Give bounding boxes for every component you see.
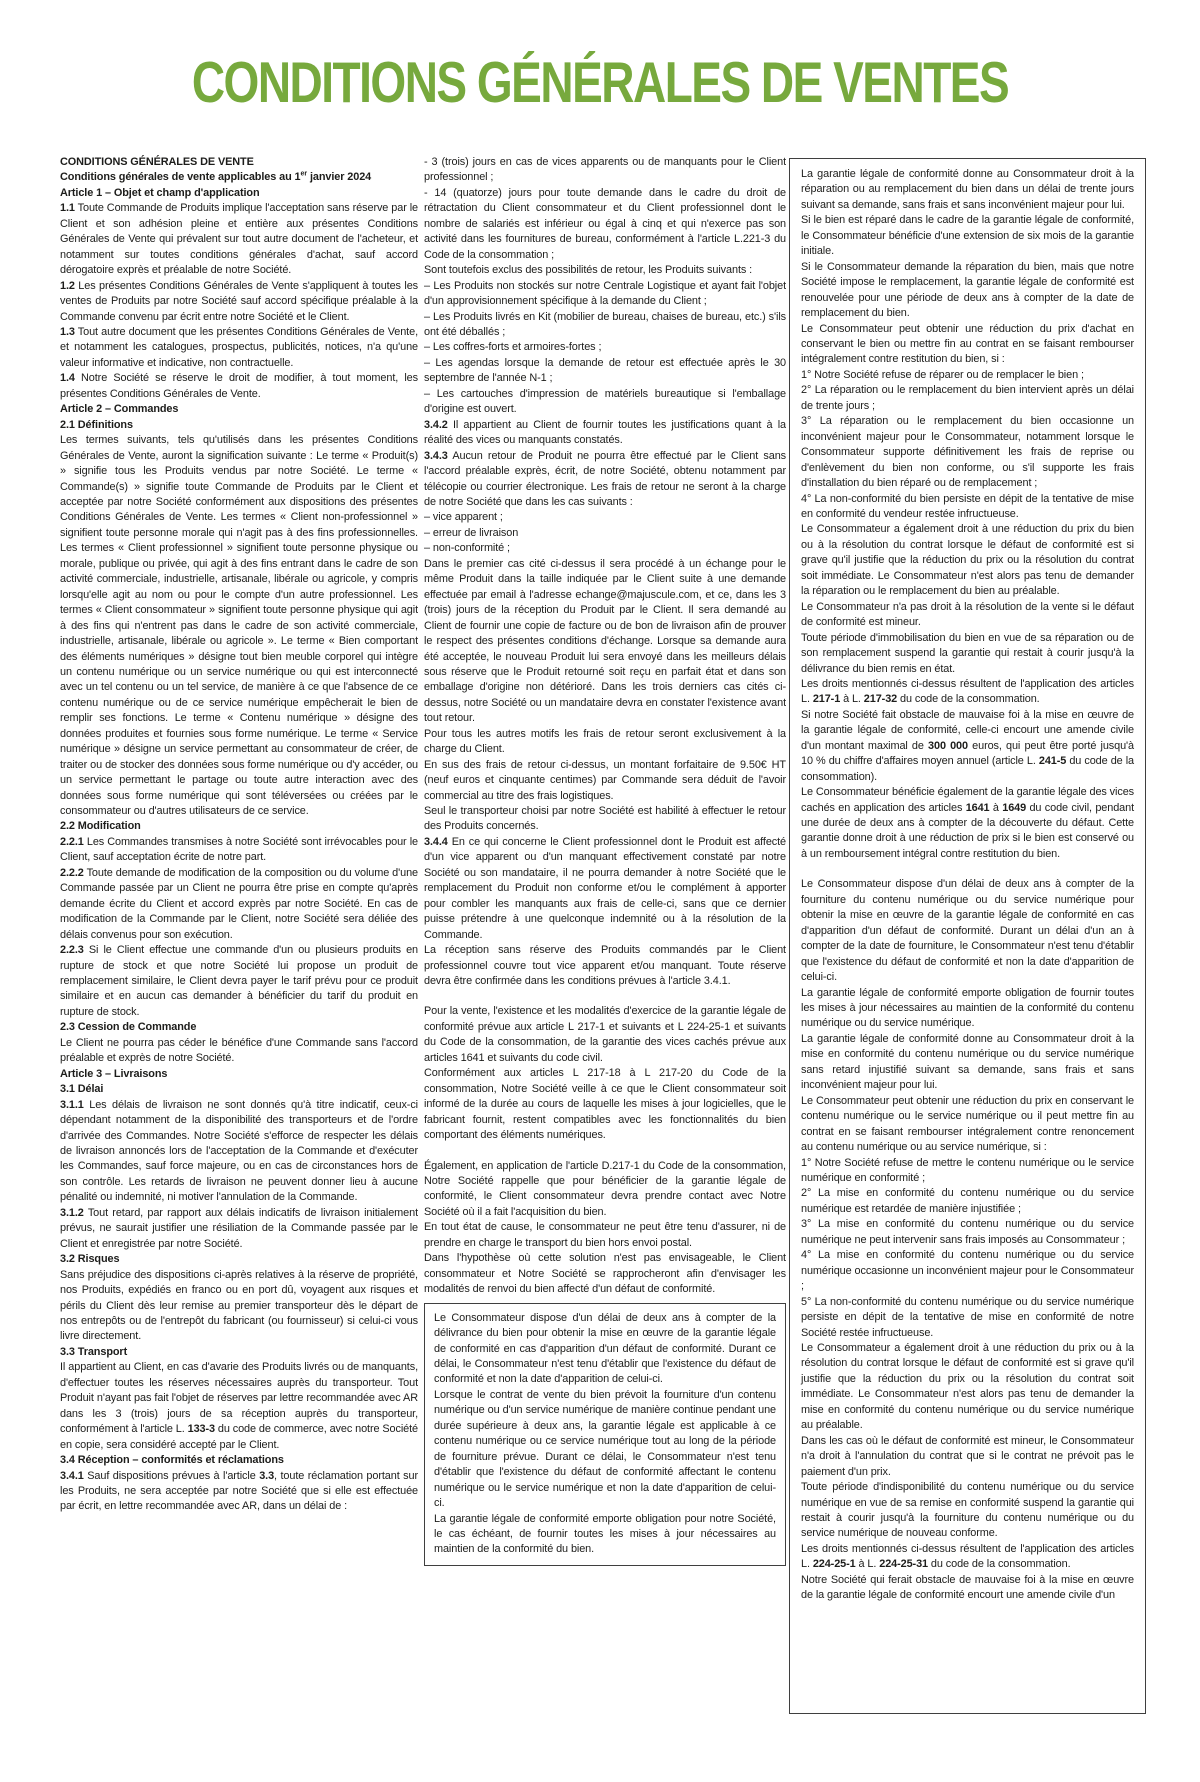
document-page: { "title": "CONDITIONS GÉNÉRALES DE VENT…: [0, 0, 1200, 1782]
text-segment: 1.1: [60, 202, 75, 214]
text-segment: Notre Société se réserve le droit de mod…: [60, 372, 418, 399]
text-segment: 300 000: [928, 740, 968, 752]
paragraph: Lorsque le contrat de vente du bien prév…: [434, 1388, 776, 1512]
paragraph: Sont toutefois exclus des possibilités d…: [424, 263, 786, 278]
text-segment: Les délais de livraison ne sont donnés q…: [60, 1099, 418, 1204]
paragraph: – Les Produits non stockés sur notre Cen…: [424, 279, 786, 310]
text-segment: 1649: [1002, 802, 1026, 814]
text-segment: Également, en application de l'article D…: [424, 1160, 786, 1218]
paragraph: 3° La réparation ou le remplacement du b…: [801, 414, 1134, 491]
paragraph: 3° La mise en conformité du contenu numé…: [801, 1217, 1134, 1248]
text-segment: 3.3: [259, 1470, 274, 1482]
text-segment: 133-3: [188, 1423, 215, 1435]
text-segment: Les Commandes transmises à notre Société…: [60, 836, 418, 863]
text-segment: La réception sans réserve des Produits c…: [424, 944, 786, 987]
paragraph: 2.2.1 Les Commandes transmises à notre S…: [60, 835, 418, 866]
text-segment: 224-25-31: [879, 1558, 928, 1570]
text-segment: à: [990, 802, 1003, 814]
text-segment: 2.2.1: [60, 836, 84, 848]
text-segment: 4° La non-conformité du bien persiste en…: [801, 493, 1134, 520]
paragraph: 5° La non-conformité du contenu numériqu…: [801, 1295, 1134, 1341]
text-segment: Conditions générales de vente applicable…: [60, 171, 301, 183]
paragraph: Le Consommateur a également droit à une …: [801, 1341, 1134, 1434]
text-segment: Si le Client effectue une commande d'un …: [60, 944, 418, 1018]
paragraph: 3.4.2 Il appartient au Client de fournir…: [424, 418, 786, 449]
text-segment: 3.4.4: [424, 836, 448, 848]
text-segment: 2.2.3: [60, 944, 84, 956]
paragraph: Les droits mentionnés ci-dessus résulten…: [801, 677, 1134, 708]
paragraph: 4° La mise en conformité du contenu numé…: [801, 1248, 1134, 1294]
heading: 2.1 Définitions: [60, 418, 418, 433]
paragraph: Le Consommateur peut obtenir une réducti…: [801, 1094, 1134, 1156]
paragraph: 4° La non-conformité du bien persiste en…: [801, 492, 1134, 523]
paragraph: - 14 (quatorze) jours pour toute demande…: [424, 186, 786, 263]
text-segment: 2.2.2: [60, 867, 84, 879]
text-segment: 3.4.3: [424, 450, 448, 462]
text-segment: 241-5: [1039, 755, 1066, 767]
paragraph: – Les agendas lorsque la demande de reto…: [424, 356, 786, 387]
text-segment: 1.3: [60, 326, 75, 338]
text-segment: Le Consommateur n'a pas droit à la résol…: [801, 601, 1134, 628]
heading: 2.3 Cession de Commande: [60, 1020, 418, 1035]
text-segment: – non-conformité ;: [424, 542, 510, 554]
text-segment: Toute période d'immobilisation du bien e…: [801, 632, 1134, 675]
text-segment: 1° Notre Société refuse de mettre le con…: [801, 1157, 1134, 1184]
text-segment: Le Consommateur a également droit à une …: [801, 523, 1134, 597]
paragraph: Les termes suivants, tels qu'utilisés da…: [60, 433, 418, 819]
paragraph: Il appartient au Client, en cas d'avarie…: [60, 1360, 418, 1453]
paragraph: En tout état de cause, le consommateur n…: [424, 1220, 786, 1251]
text-segment: 217-1: [813, 693, 840, 705]
paragraph: 3.1.1 Les délais de livraison ne sont do…: [60, 1098, 418, 1206]
text-segment: 2.1 Définitions: [60, 419, 133, 431]
column-3-legal-box: La garantie légale de conformité donne a…: [789, 158, 1146, 1714]
paragraph: Si notre Société fait obstacle de mauvai…: [801, 708, 1134, 785]
text-segment: 224-25-1: [813, 1558, 856, 1570]
text-segment: - 14 (quatorze) jours pour toute demande…: [424, 187, 786, 261]
paragraph: Les droits mentionnés ci-dessus résulten…: [801, 1542, 1134, 1573]
paragraph: Dans le premier cas cité ci-dessus il se…: [424, 557, 786, 727]
paragraph: 3.4.4 En ce qui concerne le Client profe…: [424, 835, 786, 943]
paragraph: 1.1 Toute Commande de Produits implique …: [60, 201, 418, 278]
paragraph: – vice apparent ;: [424, 510, 786, 525]
paragraph: Notre Société qui ferait obstacle de mau…: [801, 1573, 1134, 1604]
text-segment: 5° La non-conformité du contenu numériqu…: [801, 1296, 1134, 1339]
text-segment: 2° La mise en conformité du contenu numé…: [801, 1187, 1134, 1214]
paragraph: 3.1.2 Tout retard, par rapport aux délai…: [60, 1206, 418, 1252]
heading: Article 1 – Objet et champ d'application: [60, 186, 418, 201]
paragraph: Toute période d'immobilisation du bien e…: [801, 631, 1134, 677]
text-segment: Toute demande de modification de la comp…: [60, 867, 418, 941]
text-segment: 3.4.2: [424, 419, 448, 431]
paragraph: Pour tous les autres motifs les frais de…: [424, 727, 786, 758]
text-segment: Article 2 – Commandes: [60, 403, 178, 415]
text-segment: du code de la consommation.: [897, 693, 1040, 705]
text-segment: Pour tous les autres motifs les frais de…: [424, 728, 786, 755]
paragraph: - 3 (trois) jours en cas de vices appare…: [424, 155, 786, 186]
text-segment: Seul le transporteur choisi par notre So…: [424, 805, 786, 832]
text-segment: 217-32: [864, 693, 897, 705]
text-segment: Toute Commande de Produits implique l'ac…: [60, 202, 418, 276]
paragraph: 1.4 Notre Société se réserve le droit de…: [60, 371, 418, 402]
paragraph: 3.4.1 Sauf dispositions prévues à l'arti…: [60, 1469, 418, 1515]
text-segment: Notre Société qui ferait obstacle de mau…: [801, 1574, 1134, 1601]
heading: 3.2 Risques: [60, 1252, 418, 1267]
paragraph: 1° Notre Société refuse de mettre le con…: [801, 1156, 1134, 1187]
heading: Conditions générales de vente applicable…: [60, 170, 418, 185]
paragraph: Le Client ne pourra pas céder le bénéfic…: [60, 1036, 418, 1067]
text-segment: Les termes suivants, tels qu'utilisés da…: [60, 434, 418, 817]
heading: CONDITIONS GÉNÉRALES DE VENTE: [60, 155, 418, 170]
paragraph: 1.2 Les présentes Conditions Générales d…: [60, 279, 418, 325]
heading: 2.2 Modification: [60, 819, 418, 834]
column-1: CONDITIONS GÉNÉRALES DE VENTEConditions …: [60, 155, 418, 1714]
heading: 3.3 Transport: [60, 1345, 418, 1360]
spacer: [424, 1144, 786, 1159]
text-segment: 2.2 Modification: [60, 820, 141, 832]
paragraph: – erreur de livraison: [424, 526, 786, 541]
text-segment: Dans l'hypothèse où cette solution n'est…: [424, 1252, 786, 1295]
text-segment: janvier 2024: [307, 171, 371, 183]
text-segment: Tout autre document que les présentes Co…: [60, 326, 418, 369]
text-segment: - 3 (trois) jours en cas de vices appare…: [424, 156, 786, 183]
text-segment: 3° La mise en conformité du contenu numé…: [801, 1218, 1134, 1245]
text-segment: à L.: [856, 1558, 880, 1570]
text-segment: – Les Produits livrés en Kit (mobilier d…: [424, 311, 786, 338]
heading: 3.4 Réception – conformités et réclamati…: [60, 1453, 418, 1468]
text-segment: Le Consommateur dispose d'un délai de de…: [434, 1312, 776, 1386]
text-segment: Sans préjudice des dispositions ci-après…: [60, 1269, 418, 1343]
text-segment: Lorsque le contrat de vente du bien prév…: [434, 1389, 776, 1509]
heading: 3.1 Délai: [60, 1082, 418, 1097]
text-segment: 1.2: [60, 280, 75, 292]
text-segment: Le Consommateur peut obtenir une réducti…: [801, 1095, 1134, 1153]
paragraph: La garantie légale de conformité emporte…: [434, 1512, 776, 1558]
text-segment: Aucun retour de Produit ne pourra être e…: [424, 450, 786, 508]
paragraph: Toute période d'indisponibilité du conte…: [801, 1480, 1134, 1542]
text-segment: En sus des frais de retour ci-dessus, un…: [424, 759, 786, 802]
paragraph: Dans l'hypothèse où cette solution n'est…: [424, 1251, 786, 1297]
spacer: [424, 989, 786, 1004]
spacer: [801, 862, 1134, 877]
paragraph: 2° La réparation ou le remplacement du b…: [801, 383, 1134, 414]
paragraph: 1.3 Tout autre document que les présente…: [60, 325, 418, 371]
text-segment: Si le bien est réparé dans le cadre de l…: [801, 214, 1134, 257]
paragraph: En sus des frais de retour ci-dessus, un…: [424, 758, 786, 804]
text-segment: à L.: [840, 693, 864, 705]
paragraph: – Les Produits livrés en Kit (mobilier d…: [424, 310, 786, 341]
paragraph: Le Consommateur peut obtenir une réducti…: [801, 322, 1134, 368]
text-segment: 3.1.2: [60, 1207, 84, 1219]
paragraph: – Les coffres-forts et armoires-fortes ;: [424, 340, 786, 355]
text-segment: Sont toutefois exclus des possibilités d…: [424, 264, 752, 276]
text-segment: La garantie légale de conformité emporte…: [434, 1513, 776, 1556]
text-segment: 3.1 Délai: [60, 1083, 103, 1095]
text-segment: Dans le premier cas cité ci-dessus il se…: [424, 558, 786, 725]
paragraph: La réception sans réserve des Produits c…: [424, 943, 786, 989]
text-segment: – vice apparent ;: [424, 511, 503, 523]
text-segment: 3.3 Transport: [60, 1346, 127, 1358]
text-segment: Sauf dispositions prévues à l'article: [84, 1470, 259, 1482]
text-segment: CONDITIONS GÉNÉRALES DE VENTE: [60, 156, 254, 168]
text-segment: Le Client ne pourra pas céder le bénéfic…: [60, 1037, 418, 1064]
text-segment: 2.3 Cession de Commande: [60, 1021, 196, 1033]
text-segment: Conformément aux articles L 217-18 à L 2…: [424, 1067, 786, 1141]
paragraph: Le Consommateur a également droit à une …: [801, 522, 1134, 599]
text-segment: La garantie légale de conformité donne a…: [801, 1033, 1134, 1091]
text-segment: Pour la vente, l'existence et les modali…: [424, 1005, 786, 1063]
text-segment: Si le Consommateur demande la réparation…: [801, 261, 1134, 319]
paragraph: – Les cartouches d'impression de matérie…: [424, 387, 786, 418]
paragraph: Pour la vente, l'existence et les modali…: [424, 1004, 786, 1066]
text-segment: 1° Notre Société refuse de réparer ou de…: [801, 369, 1084, 381]
text-segment: Les présentes Conditions Générales de Ve…: [60, 280, 418, 323]
paragraph: Sans préjudice des dispositions ci-après…: [60, 1268, 418, 1345]
paragraph: 2.2.3 Si le Client effectue une commande…: [60, 943, 418, 1020]
text-segment: Tout retard, par rapport aux délais indi…: [60, 1207, 418, 1250]
text-segment: Le Consommateur dispose d'un délai de de…: [801, 878, 1134, 983]
legal-note-box: Le Consommateur dispose d'un délai de de…: [424, 1303, 786, 1566]
paragraph: Le Consommateur bénéficie également de l…: [801, 785, 1134, 862]
text-segment: Le Consommateur peut obtenir une réducti…: [801, 323, 1134, 366]
paragraph: Dans les cas où le défaut de conformité …: [801, 1434, 1134, 1480]
paragraph: La garantie légale de conformité donne a…: [801, 1032, 1134, 1094]
text-segment: En ce qui concerne le Client professionn…: [424, 836, 786, 941]
page-title: CONDITIONS GÉNÉRALES DE VENTES: [0, 48, 1200, 116]
paragraph: La garantie légale de conformité emporte…: [801, 986, 1134, 1032]
text-segment: 3.2 Risques: [60, 1253, 119, 1265]
text-segment: 1.4: [60, 372, 75, 384]
paragraph: 3.4.3 Aucun retour de Produit ne pourra …: [424, 449, 786, 511]
paragraph: Conformément aux articles L 217-18 à L 2…: [424, 1066, 786, 1143]
paragraph: 2.2.2 Toute demande de modification de l…: [60, 866, 418, 943]
paragraph: Le Consommateur dispose d'un délai de de…: [434, 1311, 776, 1388]
text-segment: 3.4.1: [60, 1470, 84, 1482]
text-segment: – Les coffres-forts et armoires-fortes ;: [424, 341, 601, 353]
paragraph: 1° Notre Société refuse de réparer ou de…: [801, 368, 1134, 383]
text-segment: Toute période d'indisponibilité du conte…: [801, 1481, 1134, 1539]
paragraph: Seul le transporteur choisi par notre So…: [424, 804, 786, 835]
text-segment: 4° La mise en conformité du contenu numé…: [801, 1249, 1134, 1292]
heading: Article 3 – Livraisons: [60, 1067, 418, 1082]
text-segment: En tout état de cause, le consommateur n…: [424, 1221, 786, 1248]
text-segment: La garantie légale de conformité donne a…: [801, 168, 1134, 211]
text-segment: Il appartient au Client de fournir toute…: [424, 419, 786, 446]
text-segment: 3.1.1: [60, 1099, 84, 1111]
paragraph: 2° La mise en conformité du contenu numé…: [801, 1186, 1134, 1217]
text-segment: Le Consommateur a également droit à une …: [801, 1342, 1134, 1431]
text-segment: du code de la consommation.: [928, 1558, 1071, 1570]
text-segment: 1641: [966, 802, 990, 814]
text-segment: – erreur de livraison: [424, 527, 518, 539]
text-segment: 3° La réparation ou le remplacement du b…: [801, 415, 1134, 489]
text-segment: 2° La réparation ou le remplacement du b…: [801, 384, 1134, 411]
paragraph: – non-conformité ;: [424, 541, 786, 556]
text-segment: Article 3 – Livraisons: [60, 1068, 167, 1080]
text-segment: Dans les cas où le défaut de conformité …: [801, 1435, 1134, 1478]
paragraph: Si le Consommateur demande la réparation…: [801, 260, 1134, 322]
heading: Article 2 – Commandes: [60, 402, 418, 417]
text-segment: La garantie légale de conformité emporte…: [801, 987, 1134, 1030]
paragraph: Également, en application de l'article D…: [424, 1159, 786, 1221]
paragraph: Le Consommateur n'a pas droit à la résol…: [801, 600, 1134, 631]
text-segment: 3.4 Réception – conformités et réclamati…: [60, 1454, 284, 1466]
paragraph: Si le bien est réparé dans le cadre de l…: [801, 213, 1134, 259]
text-segment: Article 1 – Objet et champ d'application: [60, 187, 260, 199]
paragraph: Le Consommateur dispose d'un délai de de…: [801, 877, 1134, 985]
column-2: - 3 (trois) jours en cas de vices appare…: [424, 155, 786, 1714]
text-segment: – Les cartouches d'impression de matérie…: [424, 388, 786, 415]
paragraph: La garantie légale de conformité donne a…: [801, 167, 1134, 213]
text-segment: – Les agendas lorsque la demande de reto…: [424, 357, 786, 384]
text-segment: – Les Produits non stockés sur notre Cen…: [424, 280, 786, 307]
